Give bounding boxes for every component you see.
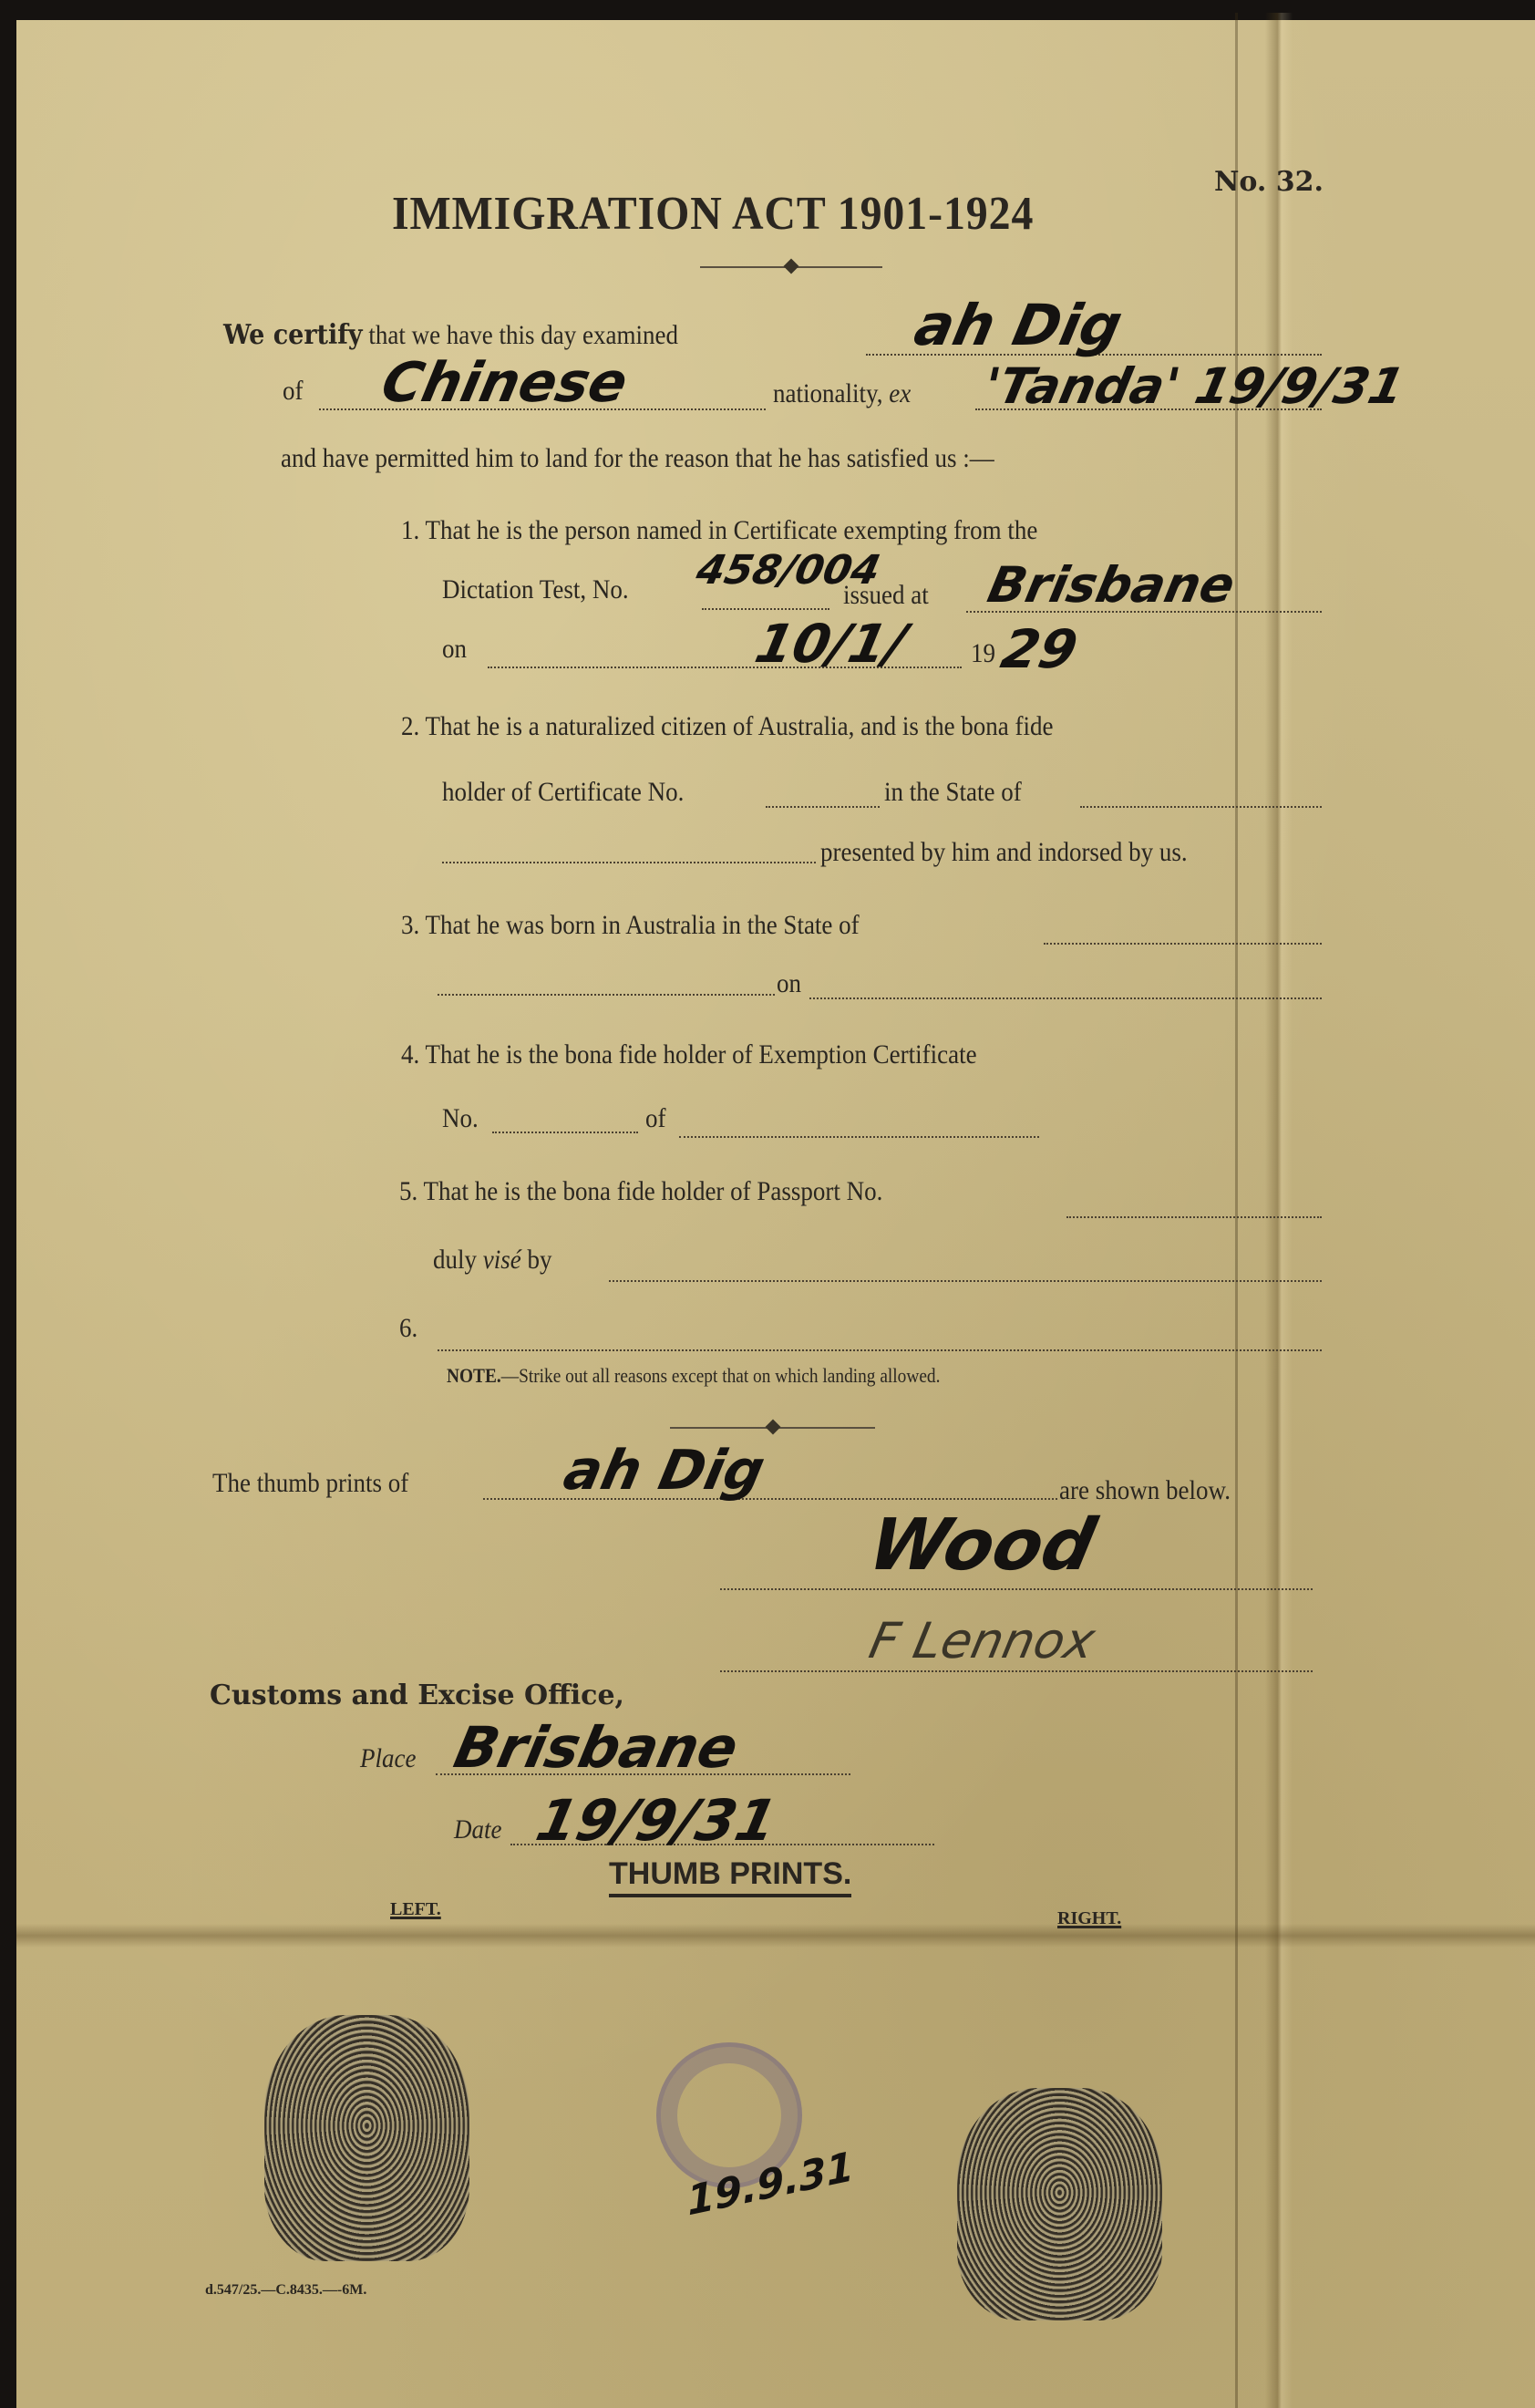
reason-5-number: 5. (399, 1176, 417, 1206)
reason-3-field-line-left (438, 994, 775, 996)
reason-2-cert-field-line (766, 806, 880, 808)
thumb-prints-of-label: The thumb prints of (212, 1468, 408, 1499)
on-date-handwritten: 10/1/ (750, 613, 912, 675)
nationality-label: nationality, ex (773, 378, 911, 409)
office-label: Customs and Excise Office, (210, 1679, 624, 1711)
reason-3-line-1: 3. That he was born in Australia in the … (401, 910, 860, 941)
place-handwritten: Brisbane (448, 1714, 744, 1781)
of-label: of (283, 376, 304, 407)
title-ornament (700, 266, 882, 268)
signature-2: F Lennox (864, 1612, 1099, 1669)
reason-3-on-field-line (809, 997, 1322, 999)
year-prefix: 19 (971, 638, 995, 669)
nationality-handwritten: Chinese (376, 351, 634, 415)
reason-4-no-field-line (492, 1132, 638, 1133)
left-thumb-label: LEFT. (390, 1899, 441, 1920)
scan-border-left (0, 0, 16, 2408)
print-code: d.547/25.—C.8435.—-6M. (205, 2282, 366, 2299)
passport-no-field-line (1066, 1216, 1322, 1218)
note-ornament (670, 1427, 875, 1429)
reason-2-presented-field-line (442, 862, 816, 863)
ex-label: ex (889, 378, 911, 408)
issued-at-label: issued at (843, 580, 929, 611)
place-label: Place (360, 1743, 416, 1774)
note: NOTE.—Strike out all reasons except that… (447, 1364, 940, 1388)
permission-line: and have permitted him to land for the r… (281, 443, 994, 474)
we-certify-label: We certify (223, 319, 363, 351)
ship-and-date-handwritten: 'Tanda' 19/9/31 (978, 357, 1409, 415)
shown-below-label: are shown below. (1059, 1475, 1231, 1506)
document-title: IMMIGRATION ACT 1901-1924 (392, 187, 1034, 241)
reason-3-state-field-line (1044, 943, 1322, 945)
reason-2-line-1: 2. That he is a naturalized citizen of A… (401, 711, 1054, 742)
reason-5-line-1: 5. That he is the bona fide holder of Pa… (399, 1176, 882, 1207)
reason-1-line-1: 1. That he is the person named in Certif… (401, 515, 1037, 546)
reason-2-cert-label: holder of Certificate No. (442, 777, 684, 808)
scan-border-top (0, 0, 1535, 20)
examined-name-handwritten: ah Dig (909, 292, 1128, 358)
cert-no-field-line (702, 608, 829, 610)
reason-1-on-label: on (442, 634, 467, 665)
reason-3-on-label: on (777, 968, 801, 999)
duly-label: duly (433, 1245, 477, 1275)
note-label: NOTE. (447, 1364, 501, 1387)
reason-2-text: That he is a naturalized citizen of Aust… (426, 711, 1054, 741)
reason-1-text: That he is the person named in Certifica… (426, 515, 1038, 545)
reason-2-line-3: presented by him and indorsed by us. (820, 837, 1188, 868)
reason-6-field-line (438, 1349, 1322, 1351)
vise-label: visé (483, 1245, 521, 1275)
reason-1-number: 1. (401, 515, 419, 545)
signature-2-line (720, 1670, 1313, 1672)
reason-4-line-1: 4. That he is the bona fide holder of Ex… (401, 1039, 977, 1070)
reason-3-text: That he was born in Australia in the Sta… (426, 910, 860, 940)
form-number: No. 32. (1214, 166, 1324, 198)
reason-1-dictation-label: Dictation Test, No. (442, 574, 629, 605)
reason-4-of-field-line (679, 1136, 1039, 1138)
issued-at-handwritten: Brisbane (983, 556, 1240, 614)
date-handwritten: 19/9/31 (531, 1787, 783, 1854)
fold-crease-horizontal (16, 1924, 1535, 1948)
right-thumb-label: RIGHT. (1057, 1908, 1121, 1929)
date-label: Date (454, 1814, 501, 1845)
reason-3-number: 3. (401, 910, 419, 940)
nationality-text: nationality, (773, 378, 882, 408)
reason-5-text: That he is the bona fide holder of Passp… (424, 1176, 883, 1206)
intro-text: that we have this day examined (368, 320, 678, 350)
reason-2-number: 2. (401, 711, 419, 741)
reason-5-line-2: duly visé by (433, 1245, 551, 1276)
year-suffix-handwritten: 29 (996, 618, 1083, 680)
reason-4-no-label: No. (442, 1103, 479, 1134)
intro-line: We certify that we have this day examine… (223, 319, 678, 351)
reason-4-of-label: of (645, 1103, 666, 1134)
left-thumbprint (264, 2015, 469, 2261)
thumb-prints-heading: THUMB PRINTS. (609, 1856, 851, 1897)
by-label: by (527, 1245, 551, 1275)
reason-2-state-field-line (1080, 806, 1322, 808)
reason-4-number: 4. (401, 1039, 419, 1070)
signature-1-line (720, 1588, 1313, 1590)
vise-by-field-line (609, 1280, 1322, 1282)
signature-1: Wood (861, 1504, 1102, 1586)
thumb-prints-name-handwritten: ah Dig (559, 1439, 770, 1503)
reason-4-text: That he is the bona fide holder of Exemp… (426, 1039, 977, 1070)
note-text: —Strike out all reasons except that on w… (501, 1364, 941, 1387)
reason-2-state-label: in the State of (884, 777, 1022, 808)
reason-6-number: 6. (399, 1313, 417, 1344)
right-thumbprint (957, 2088, 1162, 2320)
